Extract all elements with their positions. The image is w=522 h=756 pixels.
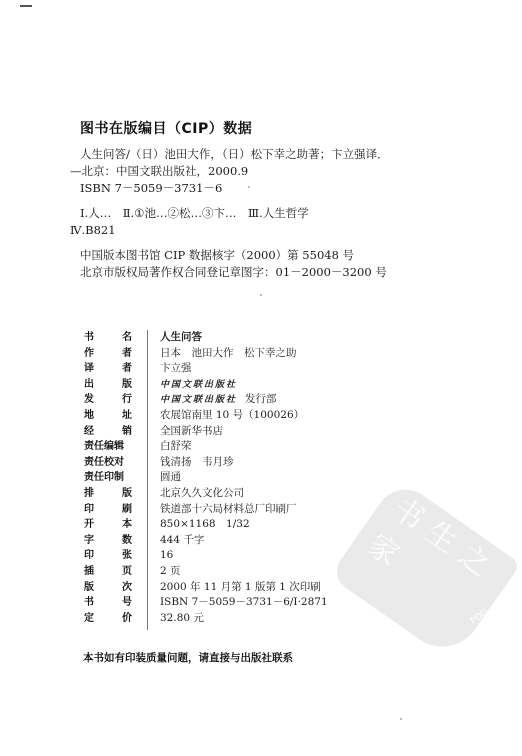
colophon-value-text: 钱清扬 韦月珍 bbox=[160, 456, 234, 468]
colophon-label-char: 发 bbox=[84, 392, 94, 408]
colophon-label-char: 出 bbox=[84, 377, 94, 393]
scan-speck bbox=[248, 186, 250, 188]
colophon-label: 书号 bbox=[84, 595, 132, 611]
colophon-row: 插页2 页 bbox=[84, 564, 328, 580]
colophon-label-char: 数 bbox=[122, 533, 132, 549]
colophon-label-char: 价 bbox=[122, 611, 132, 627]
colophon-row: 版次2000 年 11 月第 1 版第 1 次印刷 bbox=[84, 580, 328, 596]
colophon-row: 出版中国文联出版社 bbox=[84, 377, 328, 393]
colophon-value: 32.80 元 bbox=[160, 611, 204, 627]
scan-mark bbox=[20, 5, 32, 7]
colophon-label: 印张 bbox=[84, 548, 132, 564]
colophon-value: 卞立强 bbox=[160, 361, 192, 377]
colophon-value: 铁道部十六局材料总厂印刷厂 bbox=[160, 502, 297, 518]
colophon-label-char: 次 bbox=[122, 580, 132, 596]
colophon-row: 责任印制圆通 bbox=[84, 470, 328, 486]
colophon-row: 书号ISBN 7－5059－3731－6/I·2871 bbox=[84, 595, 328, 611]
colophon-value: ISBN 7－5059－3731－6/I·2871 bbox=[160, 595, 328, 611]
colophon-label-char: 译 bbox=[84, 361, 94, 377]
footer-note: 本书如有印装质量问题，请直接与出版社联系 bbox=[83, 650, 293, 665]
colophon-value: 农展馆南里 10 号（100026） bbox=[160, 408, 304, 424]
colophon-label: 版次 bbox=[84, 580, 132, 596]
colophon-value-text: 白舒荣 bbox=[160, 440, 192, 452]
colophon-label: 出版 bbox=[84, 377, 132, 393]
colophon-value: 北京久久文化公司 bbox=[160, 486, 244, 502]
colophon-row: 译者卞立强 bbox=[84, 361, 328, 377]
colophon-label-char: 印 bbox=[84, 548, 94, 564]
colophon-value: 白舒荣 bbox=[160, 439, 192, 455]
colophon-label: 责任校对 bbox=[84, 455, 132, 471]
colophon-row: 定价32.80 元 bbox=[84, 611, 328, 627]
publisher-logo: 中国文联出版社 bbox=[160, 395, 237, 405]
colophon-row: 印张16 bbox=[84, 548, 328, 564]
colophon-label: 排版 bbox=[84, 486, 132, 502]
colophon-label-char: 经 bbox=[84, 424, 94, 440]
colophon-label: 定价 bbox=[84, 611, 132, 627]
colophon-label-char: 版 bbox=[122, 486, 132, 502]
colophon-row: 排版北京久久文化公司 bbox=[84, 486, 328, 502]
colophon-value-text: 圆通 bbox=[160, 471, 181, 483]
colophon-row: 字数444 千字 bbox=[84, 533, 328, 549]
colophon-label: 作者 bbox=[84, 346, 132, 362]
scan-speck bbox=[260, 294, 262, 296]
colophon-label-char: 刷 bbox=[122, 502, 132, 518]
cip-line-isbn: ISBN 7－5059－3731－6 bbox=[80, 180, 500, 197]
cip-data-block: 人生问答/（日）池田大作，（日）松下幸之助著；卞立强译． —北京：中国文联出版社… bbox=[80, 146, 500, 281]
colophon-row: 开本850×1168 1/32 bbox=[84, 517, 328, 533]
colophon-label-char: 张 bbox=[122, 548, 132, 564]
colophon-value: 全国新华书店 bbox=[160, 424, 223, 440]
cip-line-copyright-registration: 北京市版权局著作权合同登记章图字：01－2000－3200 号 bbox=[80, 264, 500, 281]
colophon-label-char: 插 bbox=[84, 564, 94, 580]
cip-line-classification: Ⅰ.人… Ⅱ.①池…②松…③卞… Ⅲ.人生哲学 bbox=[80, 205, 500, 222]
colophon-value-text: ISBN 7－5059－3731－6/I·2871 bbox=[160, 596, 328, 608]
colophon-value-text: 卞立强 bbox=[160, 362, 192, 374]
colophon-value-text: 16 bbox=[160, 549, 173, 561]
colophon-value-text: 2000 年 11 月第 1 版第 1 次印刷 bbox=[160, 581, 321, 593]
colophon-value: 人生问答 bbox=[160, 330, 202, 346]
colophon-label-char: 版 bbox=[122, 377, 132, 393]
colophon-value-extra: 发行部 bbox=[245, 393, 277, 405]
colophon-label-char: 销 bbox=[122, 424, 132, 440]
colophon-label-char: 书 bbox=[84, 330, 94, 346]
colophon-label-char: 责任编辑 bbox=[84, 439, 124, 455]
colophon-row: 责任编辑白舒荣 bbox=[84, 439, 328, 455]
colophon-label-char: 行 bbox=[122, 392, 132, 408]
colophon-label-char: 作 bbox=[84, 346, 94, 362]
colophon-label: 发行 bbox=[84, 392, 132, 408]
colophon-label-char: 版 bbox=[84, 580, 94, 596]
colophon-label-char: 印 bbox=[84, 502, 94, 518]
colophon-label-char: 开 bbox=[84, 517, 94, 533]
colophon-label-char: 书 bbox=[84, 595, 94, 611]
colophon-value-text: 人生问答 bbox=[160, 331, 202, 343]
colophon-label-char: 名 bbox=[122, 330, 132, 346]
colophon-label-char: 排 bbox=[84, 486, 94, 502]
colophon-label-char: 本 bbox=[122, 517, 132, 533]
colophon-value: 444 千字 bbox=[160, 533, 204, 549]
colophon-row: 书名人生问答 bbox=[84, 330, 328, 346]
colophon-value: 850×1168 1/32 bbox=[160, 517, 250, 533]
colophon-label-char: 号 bbox=[122, 595, 132, 611]
colophon-value: 2000 年 11 月第 1 版第 1 次印刷 bbox=[160, 580, 321, 596]
colophon-row: 经销全国新华书店 bbox=[84, 424, 328, 440]
colophon-label: 经销 bbox=[84, 424, 132, 440]
colophon-label: 书名 bbox=[84, 330, 132, 346]
colophon-value: 16 bbox=[160, 548, 173, 564]
colophon-value-text: 铁道部十六局材料总厂印刷厂 bbox=[160, 503, 297, 515]
colophon-row: 发行中国文联出版社发行部 bbox=[84, 392, 328, 408]
cip-line-title-author: 人生问答/（日）池田大作，（日）松下幸之助著；卞立强译． bbox=[80, 146, 500, 163]
colophon-label-char: 责任印制 bbox=[84, 470, 124, 486]
colophon-label-char: 定 bbox=[84, 611, 94, 627]
cip-line-library-record: 中国版本图书馆 CIP 数据核字（2000）第 55048 号 bbox=[80, 247, 500, 264]
colophon-value: 钱清扬 韦月珍 bbox=[160, 455, 234, 471]
colophon-label: 译者 bbox=[84, 361, 132, 377]
colophon-value: 圆通 bbox=[160, 470, 181, 486]
scan-speck bbox=[400, 718, 402, 720]
colophon-table: 书名人生问答作者日本 池田大作 松下幸之助译者卞立强出版中国文联出版社发行中国文… bbox=[84, 330, 328, 626]
colophon-value: 日本 池田大作 松下幸之助 bbox=[160, 346, 297, 362]
colophon-value-text: 北京久久文化公司 bbox=[160, 487, 244, 499]
colophon-value: 中国文联出版社 bbox=[160, 377, 237, 393]
colophon-row: 地址农展馆南里 10 号（100026） bbox=[84, 408, 328, 424]
colophon-label-char: 者 bbox=[122, 346, 132, 362]
colophon-row: 责任校对钱清扬 韦月珍 bbox=[84, 455, 328, 471]
colophon-value-text: 农展馆南里 10 号（100026） bbox=[160, 409, 304, 421]
colophon-label-char: 址 bbox=[122, 408, 132, 424]
colophon-value: 中国文联出版社发行部 bbox=[160, 392, 277, 408]
publisher-logo: 中国文联出版社 bbox=[160, 380, 237, 390]
colophon-value-text: 日本 池田大作 松下幸之助 bbox=[160, 347, 297, 359]
colophon-label: 责任印制 bbox=[84, 470, 132, 486]
cip-title: 图书在版编目（CIP）数据 bbox=[80, 118, 252, 138]
colophon-value-text: 444 千字 bbox=[160, 534, 204, 546]
colophon-value-text: 2 页 bbox=[160, 565, 181, 577]
colophon-value-text: 850×1168 1/32 bbox=[160, 518, 250, 530]
colophon-label-char: 页 bbox=[122, 564, 132, 580]
colophon-value-text: 32.80 元 bbox=[160, 612, 204, 624]
colophon-label: 责任编辑 bbox=[84, 439, 132, 455]
colophon-label: 插页 bbox=[84, 564, 132, 580]
colophon-value: 2 页 bbox=[160, 564, 181, 580]
colophon-label: 地址 bbox=[84, 408, 132, 424]
colophon-label-char: 地 bbox=[84, 408, 94, 424]
colophon-label: 印刷 bbox=[84, 502, 132, 518]
colophon-row: 作者日本 池田大作 松下幸之助 bbox=[84, 346, 328, 362]
colophon-value-text: 全国新华书店 bbox=[160, 425, 223, 437]
colophon-label-char: 字 bbox=[84, 533, 94, 549]
colophon-label: 开本 bbox=[84, 517, 132, 533]
colophon-row: 印刷铁道部十六局材料总厂印刷厂 bbox=[84, 502, 328, 518]
cip-line-class-code: Ⅳ.B821 bbox=[70, 222, 500, 239]
colophon-label: 字数 bbox=[84, 533, 132, 549]
colophon-label-char: 者 bbox=[122, 361, 132, 377]
cip-line-publisher: —北京：中国文联出版社，2000.9 bbox=[70, 163, 500, 180]
colophon-label-char: 责任校对 bbox=[84, 455, 124, 471]
